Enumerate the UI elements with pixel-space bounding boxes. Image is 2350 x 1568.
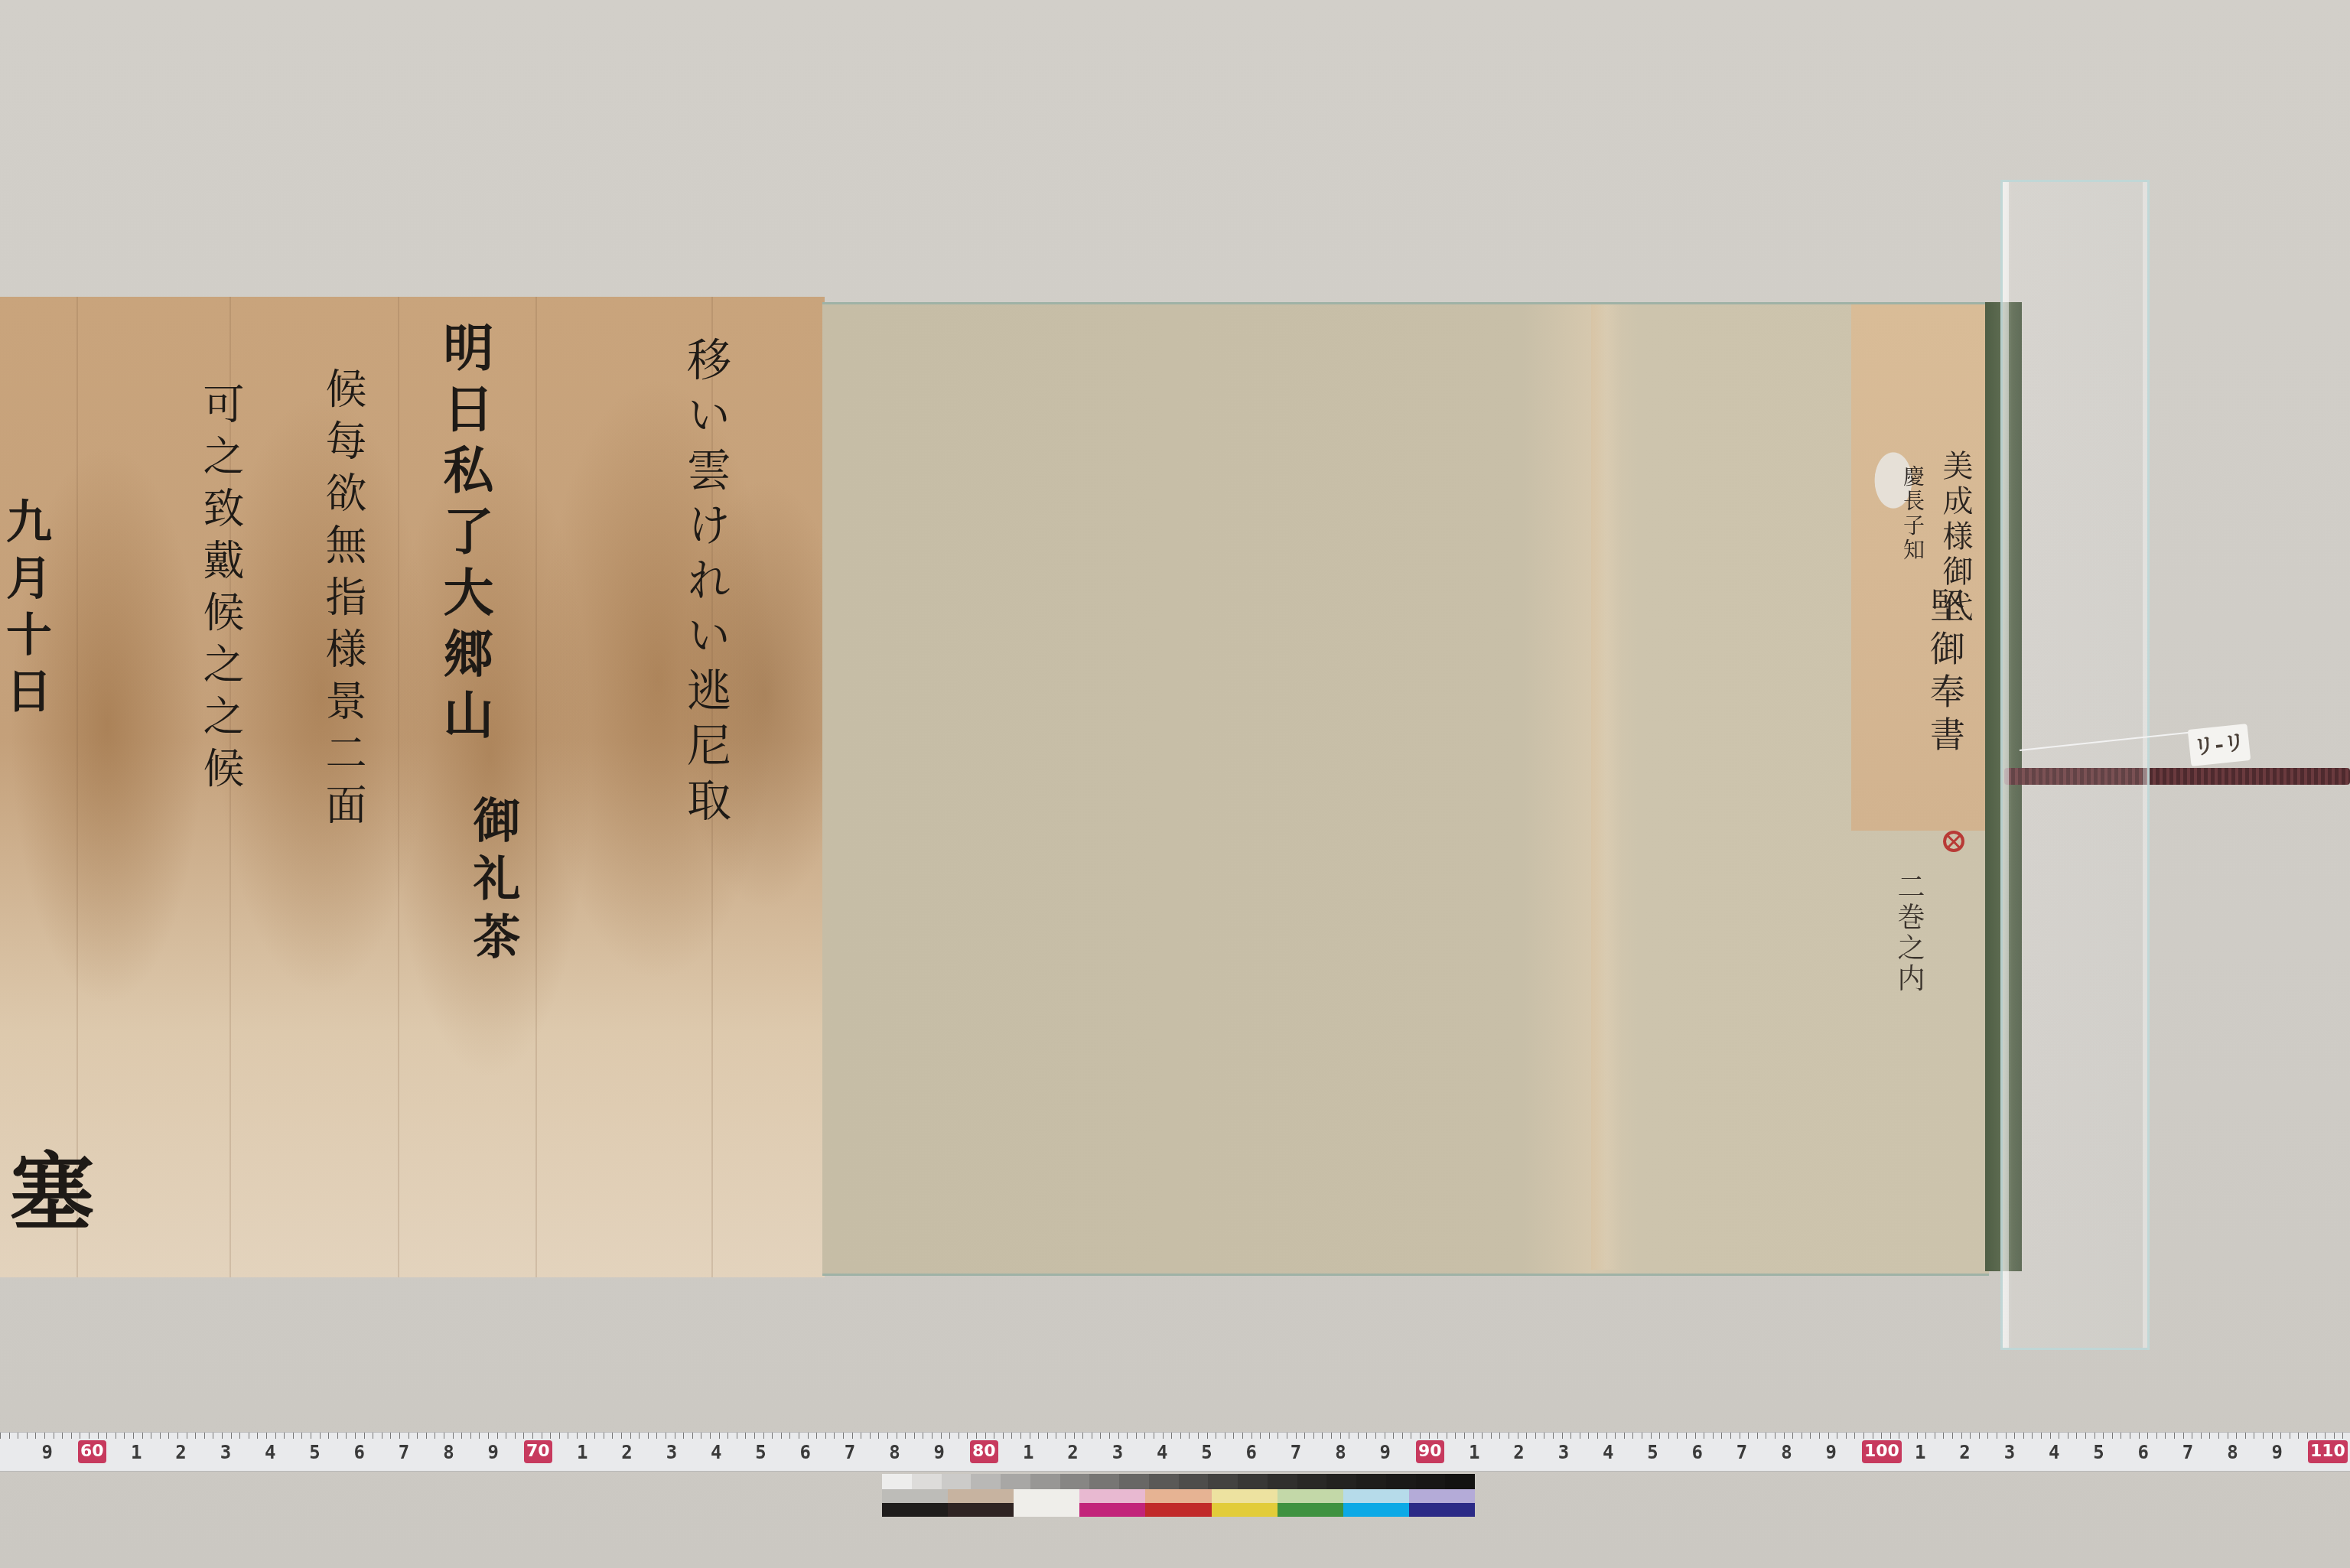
ruler-tick-label: 9	[486, 1442, 501, 1463]
ruler-tick-label: 9	[1824, 1442, 1839, 1463]
gray-step	[1326, 1474, 1356, 1489]
calligraphy-column-5: 可之致戴候之之候	[191, 382, 250, 799]
color-patch-row	[882, 1489, 1475, 1517]
title-label: 美成様御代 慶長子知 堅御奉書	[1851, 304, 1985, 831]
id-tag: リ-リ	[2188, 724, 2251, 766]
gray-step	[1297, 1474, 1327, 1489]
ruler-tick-label: 8	[887, 1442, 902, 1463]
gray-step	[1208, 1474, 1238, 1489]
title-label-line-3: 堅御奉書	[1920, 587, 1971, 759]
gray-step	[1386, 1474, 1416, 1489]
gray-step	[1356, 1474, 1386, 1489]
ruler-tick-label: 5	[2091, 1442, 2107, 1463]
ruler-tick-label: 8	[2225, 1442, 2240, 1463]
gray-step	[882, 1474, 912, 1489]
ruler-tick-label: 5	[1199, 1442, 1215, 1463]
title-label-line-2: 慶長子知	[1897, 465, 1928, 563]
ruler-tick-label: 9	[932, 1442, 947, 1463]
calligraphy-column-2: 明日私了大郷山	[428, 321, 501, 750]
color-patch	[882, 1489, 948, 1517]
ruler-tick-label: 3	[1556, 1442, 1571, 1463]
gray-step	[1268, 1474, 1297, 1489]
ruler-tick-label: 4	[262, 1442, 278, 1463]
fold-line	[398, 297, 399, 1277]
ruler-tick-label: 2	[1958, 1442, 1973, 1463]
gray-step	[912, 1474, 942, 1489]
ruler-tick-label: 3	[664, 1442, 679, 1463]
gray-step	[1089, 1474, 1119, 1489]
color-patch	[1278, 1489, 1343, 1517]
ruler-tick-label: 7	[2180, 1442, 2195, 1463]
color-patch	[1409, 1489, 1475, 1517]
ruler-tick-label: 6	[1690, 1442, 1705, 1463]
gray-step	[1179, 1474, 1209, 1489]
ruler-major-label: 90	[1416, 1440, 1444, 1463]
gray-step	[1030, 1474, 1060, 1489]
color-patch	[1212, 1489, 1278, 1517]
ruler-major-label: 60	[78, 1440, 106, 1463]
ruler-major-label: 100	[1862, 1440, 1902, 1463]
color-patch	[1145, 1489, 1211, 1517]
color-patch	[948, 1489, 1014, 1517]
ruler-tick-label: 7	[396, 1442, 412, 1463]
ruler-tick-label: 4	[708, 1442, 724, 1463]
ruler-tick-label: 9	[1378, 1442, 1393, 1463]
gray-step	[1445, 1474, 1475, 1489]
ruler-tick-label: 2	[1512, 1442, 1527, 1463]
calligraphy-column-1: 移い雲けれい逃尼取	[673, 337, 737, 832]
color-patch	[1343, 1489, 1409, 1517]
gray-step	[1416, 1474, 1446, 1489]
date-column: 九月十日	[0, 497, 58, 724]
gray-step	[971, 1474, 1001, 1489]
ruler-tick-label: 7	[1734, 1442, 1749, 1463]
ruler-tick-label: 2	[174, 1442, 189, 1463]
ruler-tick-label: 3	[218, 1442, 233, 1463]
ruler-major-label: 70	[524, 1440, 552, 1463]
gray-step	[1149, 1474, 1179, 1489]
ruler-tick-label: 1	[574, 1442, 590, 1463]
ruler-tick-label: 5	[753, 1442, 769, 1463]
ruler-tick-label: 5	[1645, 1442, 1661, 1463]
gray-step	[942, 1474, 972, 1489]
gray-step	[1238, 1474, 1268, 1489]
gray-step	[1119, 1474, 1149, 1489]
ruler-tick-label: 8	[1333, 1442, 1348, 1463]
color-calibration-chart	[882, 1474, 1475, 1517]
ruler-tick-label: 4	[2046, 1442, 2062, 1463]
ruler-tick-label: 4	[1154, 1442, 1170, 1463]
ruler-tick-label: 9	[2270, 1442, 2285, 1463]
ruler-major-label: 80	[970, 1440, 998, 1463]
ruler-tick-label: 6	[798, 1442, 813, 1463]
glass-weight	[2000, 180, 2150, 1350]
ruler-tick-label: 7	[1288, 1442, 1304, 1463]
ruler-tick-label: 4	[1600, 1442, 1616, 1463]
ruler-tick-label: 5	[308, 1442, 323, 1463]
color-patch	[1079, 1489, 1145, 1517]
grayscale-row	[882, 1474, 1475, 1489]
ruler-tick-label: 8	[1779, 1442, 1794, 1463]
ruler-tick-label: 7	[842, 1442, 858, 1463]
ruler-tick-label: 1	[1466, 1442, 1482, 1463]
ruler-tick-label: 6	[352, 1442, 367, 1463]
ruler-tick-label: 8	[441, 1442, 456, 1463]
ruler-tick-label: 3	[1110, 1442, 1125, 1463]
gray-step	[1060, 1474, 1090, 1489]
ruler-tick-label: 6	[2136, 1442, 2151, 1463]
calligraphy-column-4: 候每欲無指様景二面	[314, 367, 373, 835]
color-patch	[1014, 1489, 1079, 1517]
ruler-tick-label: 1	[1912, 1442, 1928, 1463]
red-circle-mark-icon	[1943, 831, 1964, 852]
fold-line	[76, 297, 78, 1277]
measuring-ruler: 9601234567897012345678980123456789901234…	[0, 1432, 2350, 1472]
ruler-tick-label: 2	[1066, 1442, 1081, 1463]
ruler-tick-label: 6	[1244, 1442, 1259, 1463]
ruler-major-label: 110	[2308, 1440, 2348, 1463]
ruler-tick-label: 9	[40, 1442, 55, 1463]
paper-seam	[1591, 304, 1622, 1270]
ruler-tick-label: 3	[2002, 1442, 2017, 1463]
fold-line	[535, 297, 537, 1277]
calligraphy-column-3: 御礼茶	[459, 795, 527, 970]
gray-step	[1001, 1474, 1030, 1489]
volume-note: 二巻之内	[1889, 872, 1928, 994]
ruler-tick-label: 2	[620, 1442, 635, 1463]
scroll-backing-paper	[822, 302, 1989, 1276]
ruler-tick-label: 1	[129, 1442, 144, 1463]
ruler-tick-label: 1	[1020, 1442, 1036, 1463]
seal-signature: 塞	[0, 1147, 106, 1242]
